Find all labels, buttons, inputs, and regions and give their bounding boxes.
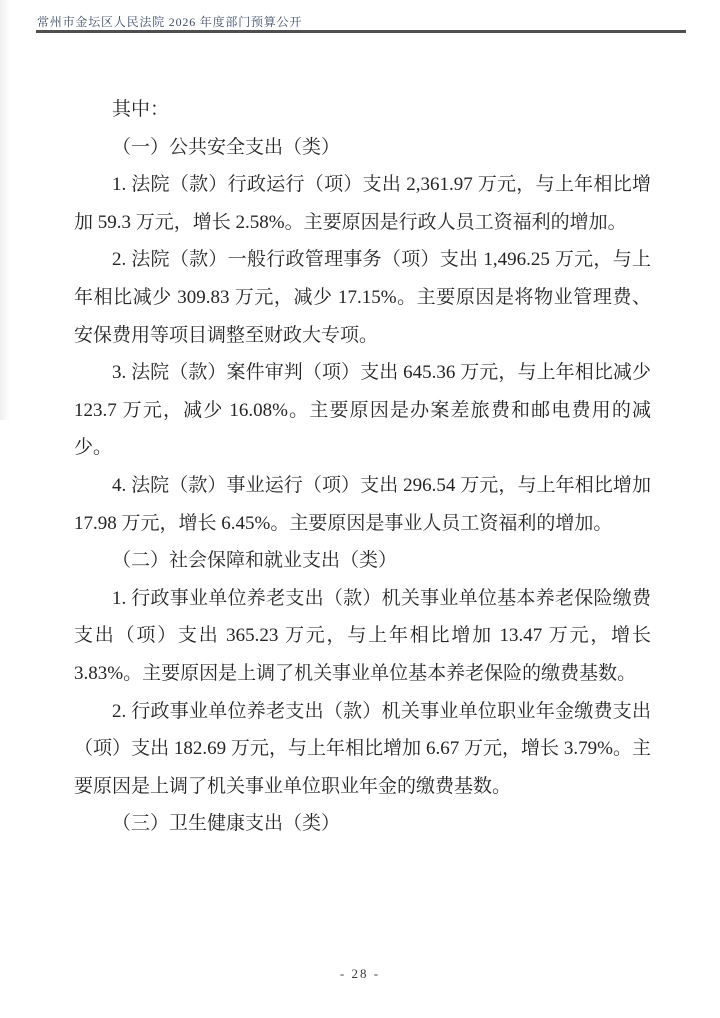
page-number: - 28 - bbox=[0, 966, 720, 982]
paragraph: 3. 法院（款）案件审判（项）支出 645.36 万元，与上年相比减少 123.… bbox=[74, 354, 651, 467]
paragraph: 2. 行政事业单位养老支出（款）机关事业单位职业年金缴费支出（项）支出 182.… bbox=[74, 693, 651, 806]
lead-in-line: 其中： bbox=[74, 91, 651, 129]
document-body: 其中： （一）公共安全支出（类） 1. 法院（款）行政运行（项）支出 2,361… bbox=[74, 91, 651, 843]
document-header-title: 常州市金坛区人民法院 2026 年度部门预算公开 bbox=[37, 13, 302, 30]
paragraph: 2. 法院（款）一般行政管理事务（项）支出 1,496.25 万元，与上年相比减… bbox=[74, 241, 651, 354]
header-rule bbox=[36, 30, 686, 33]
paragraph: 1. 法院（款）行政运行（项）支出 2,361.97 万元，与上年相比增加 59… bbox=[74, 166, 651, 241]
paragraph: 4. 法院（款）事业运行（项）支出 296.54 万元，与上年相比增加 17.9… bbox=[74, 467, 651, 542]
section-heading-2: （二）社会保障和就业支出（类） bbox=[74, 542, 651, 580]
section-heading-1: （一）公共安全支出（类） bbox=[74, 129, 651, 167]
document-page: 常州市金坛区人民法院 2026 年度部门预算公开 其中： （一）公共安全支出（类… bbox=[0, 0, 720, 1018]
section-heading-3: （三）卫生健康支出（类） bbox=[74, 805, 651, 843]
scan-edge-shading bbox=[0, 0, 10, 420]
paragraph: 1. 行政事业单位养老支出（款）机关事业单位基本养老保险缴费支出（项）支出 36… bbox=[74, 580, 651, 693]
